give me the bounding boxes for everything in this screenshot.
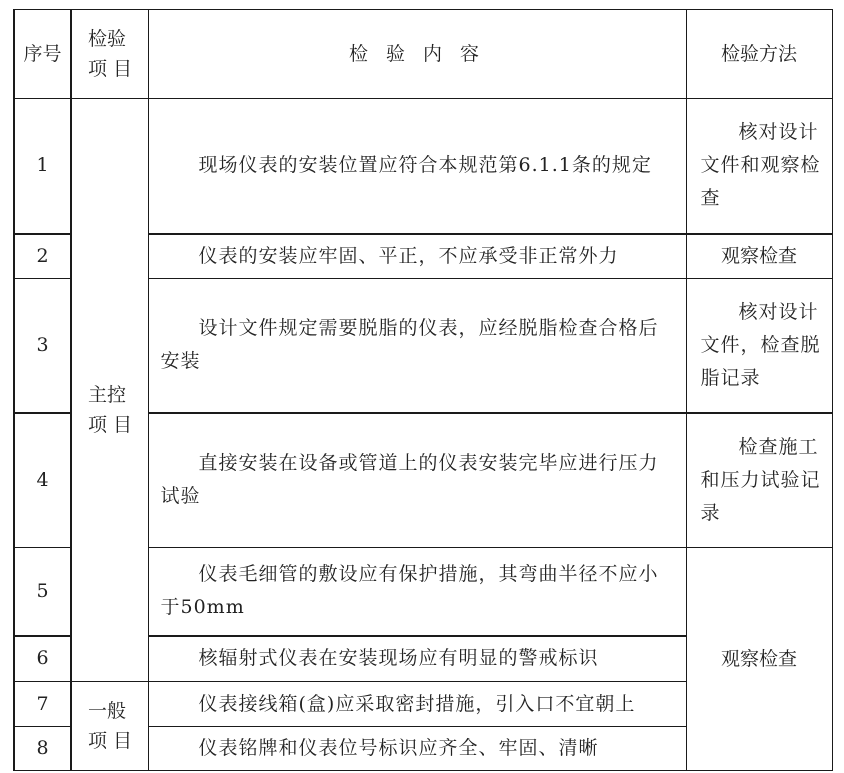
- row-method: 核对设计文件和观察检查: [686, 99, 832, 234]
- row-content: 设计文件规定需要脱脂的仪表，应经脱脂检查合格后安装: [148, 279, 686, 413]
- row-content: 仪表铭牌和仪表位号标识应齐全、牢固、清晰: [148, 727, 686, 771]
- category-line2: 项 目: [88, 726, 148, 756]
- row-method: 观察检查: [686, 234, 832, 279]
- row-no: 7: [14, 682, 71, 727]
- row-no: 1: [14, 99, 71, 234]
- row-method: 检查施工和压力试验记录: [686, 413, 832, 548]
- table-row: 1 主控 项 目 现场仪表的安装位置应符合本规范第6.1.1条的规定 核对设计文…: [14, 99, 832, 234]
- category-line2: 项 目: [88, 410, 148, 440]
- row-content: 仪表的安装应牢固、平正，不应承受非正常外力: [148, 234, 686, 279]
- header-method: 检验方法: [686, 10, 832, 99]
- header-category: 检验 项 目: [71, 10, 148, 99]
- row-no: 8: [14, 727, 71, 771]
- row-no: 4: [14, 413, 71, 548]
- header-category-line1: 检验: [88, 24, 148, 54]
- category-line1: 主控: [88, 380, 148, 410]
- row-method-merged: 观察检查: [686, 548, 832, 771]
- row-content: 直接安装在设备或管道上的仪表安装完毕应进行压力试验: [148, 413, 686, 548]
- row-content: 现场仪表的安装位置应符合本规范第6.1.1条的规定: [148, 99, 686, 234]
- category-main-control: 主控 项 目: [71, 99, 148, 682]
- row-no: 3: [14, 279, 71, 413]
- row-content: 仪表接线箱(盒)应采取密封措施，引入口不宜朝上: [148, 682, 686, 727]
- row-method: 核对设计文件，检查脱脂记录: [686, 279, 832, 413]
- category-general: 一般 项 目: [71, 682, 148, 771]
- row-no: 2: [14, 234, 71, 279]
- inspection-table: 序号 检验 项 目 检 验 内 容 检验方法 1 主控 项 目 现场仪表的安装位…: [13, 9, 833, 771]
- header-row: 序号 检验 项 目 检 验 内 容 检验方法: [14, 10, 832, 99]
- row-content: 仪表毛细管的敷设应有保护措施，其弯曲半径不应小于50mm: [148, 548, 686, 636]
- header-content: 检 验 内 容: [148, 10, 686, 99]
- row-no: 5: [14, 548, 71, 636]
- row-no: 6: [14, 636, 71, 682]
- category-line1: 一般: [88, 696, 148, 726]
- header-no: 序号: [14, 10, 71, 99]
- row-content: 核辐射式仪表在安装现场应有明显的警戒标识: [148, 636, 686, 682]
- header-category-line2: 项 目: [88, 54, 148, 84]
